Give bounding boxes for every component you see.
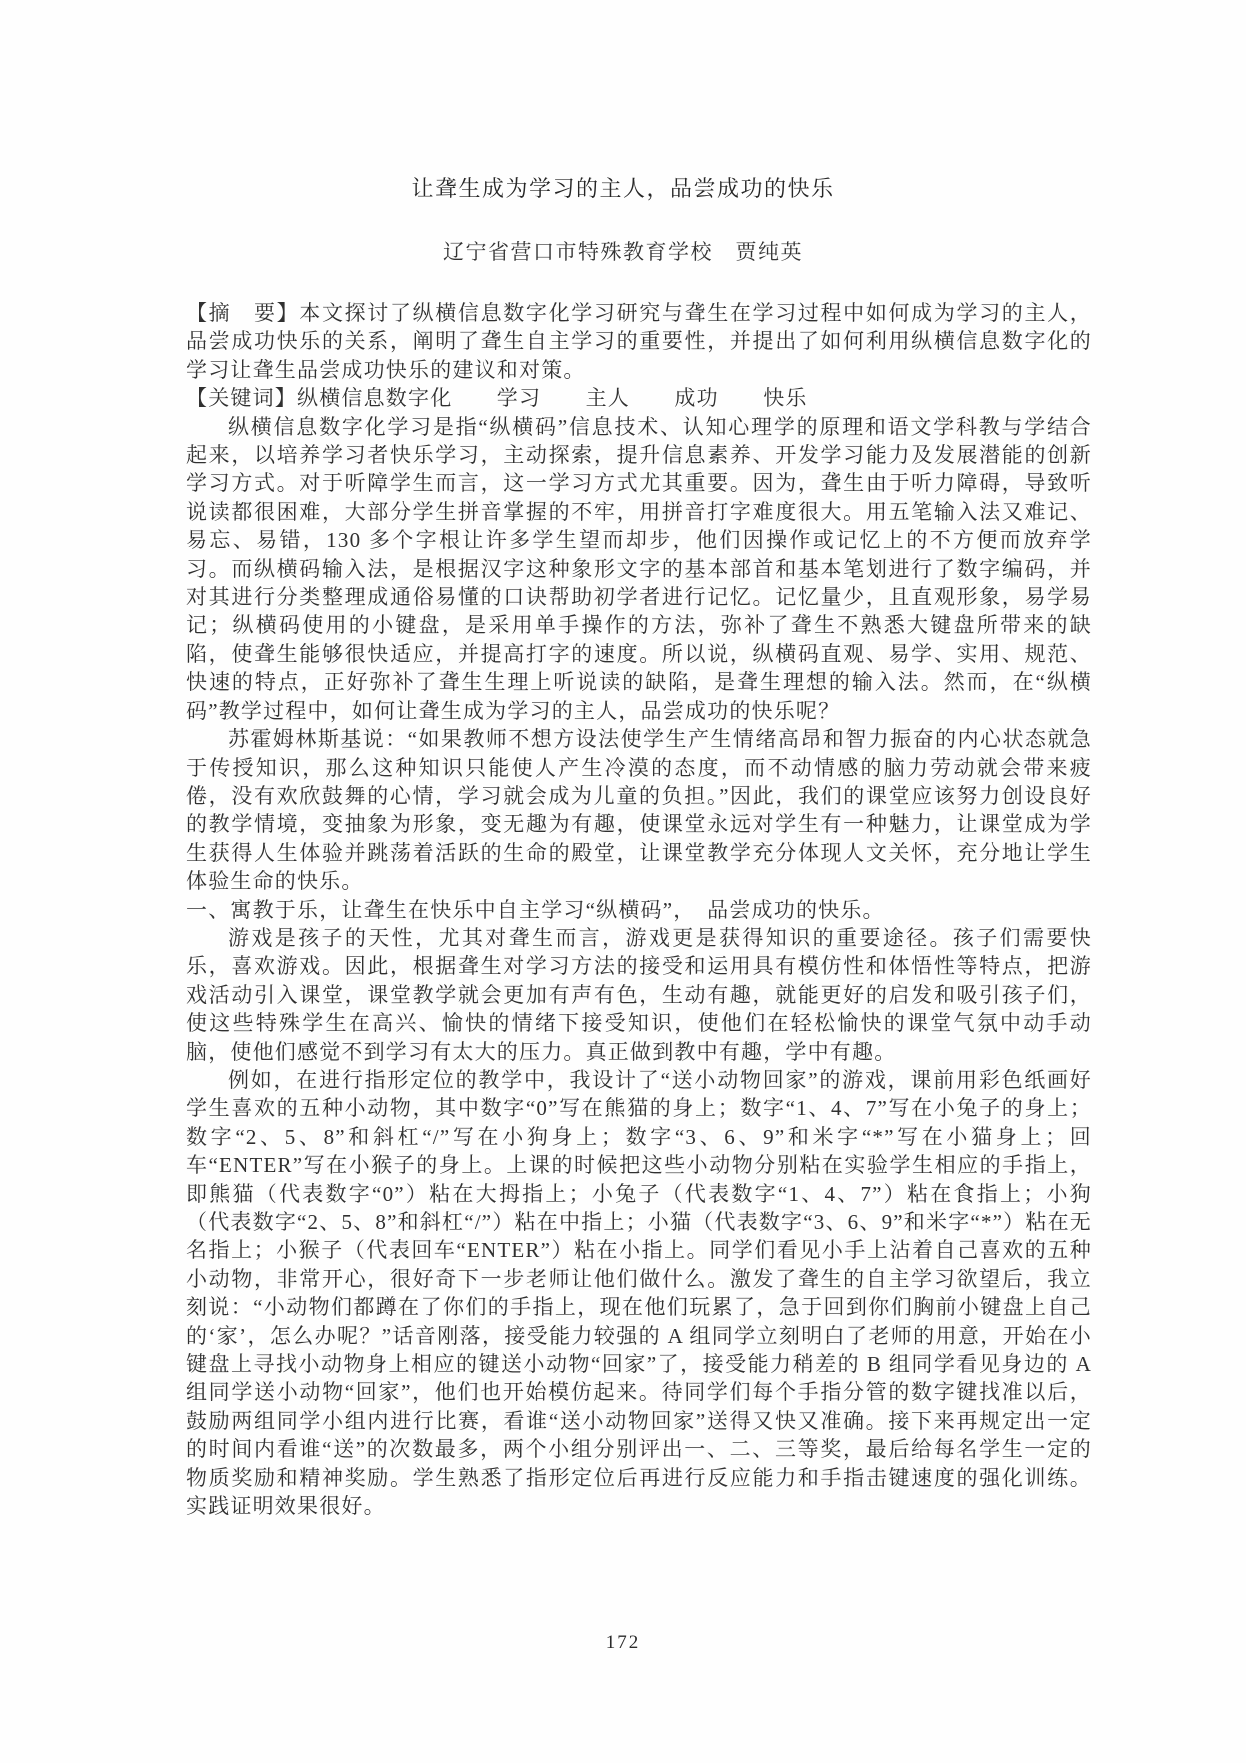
author-affiliation-line: 辽宁省营口市特殊教育学校 贾纯英 xyxy=(0,236,1246,266)
quote-paragraph: 苏霍姆林斯基说：“如果教师不想方设法使学生产生情绪高昂和智力振奋的内心状态就急于… xyxy=(186,725,1092,895)
section-heading: 一、寓教于乐，让聋生在快乐中自主学习“纵横码”， 品尝成功的快乐。 xyxy=(186,896,1092,924)
page-number: 172 xyxy=(0,1632,1246,1654)
games-paragraph: 游戏是孩子的天性，尤其对聋生而言，游戏更是获得知识的重要途径。孩子们需要快乐，喜… xyxy=(186,924,1092,1066)
paper-body: 【摘 要】本文探讨了纵横信息数字化学习研究与聋生在学习过程中如何成为学习的主人，… xyxy=(186,299,1092,1520)
paper-title: 让聋生成为学习的主人，品尝成功的快乐 xyxy=(0,0,1246,203)
example-paragraph: 例如，在进行指形定位的教学中，我设计了“送小动物回家”的游戏，课前用彩色纸画好学… xyxy=(186,1066,1092,1521)
keywords-line: 【关键词】纵横信息数字化 学习 主人 成功 快乐 xyxy=(186,384,1092,412)
intro-paragraph: 纵横信息数字化学习是指“纵横码”信息技术、认知心理学的原理和语文学科教与学结合起… xyxy=(186,413,1092,725)
document-page: 让聋生成为学习的主人，品尝成功的快乐 辽宁省营口市特殊教育学校 贾纯英 【摘 要… xyxy=(0,0,1246,1763)
abstract-paragraph: 【摘 要】本文探讨了纵横信息数字化学习研究与聋生在学习过程中如何成为学习的主人，… xyxy=(186,299,1092,384)
